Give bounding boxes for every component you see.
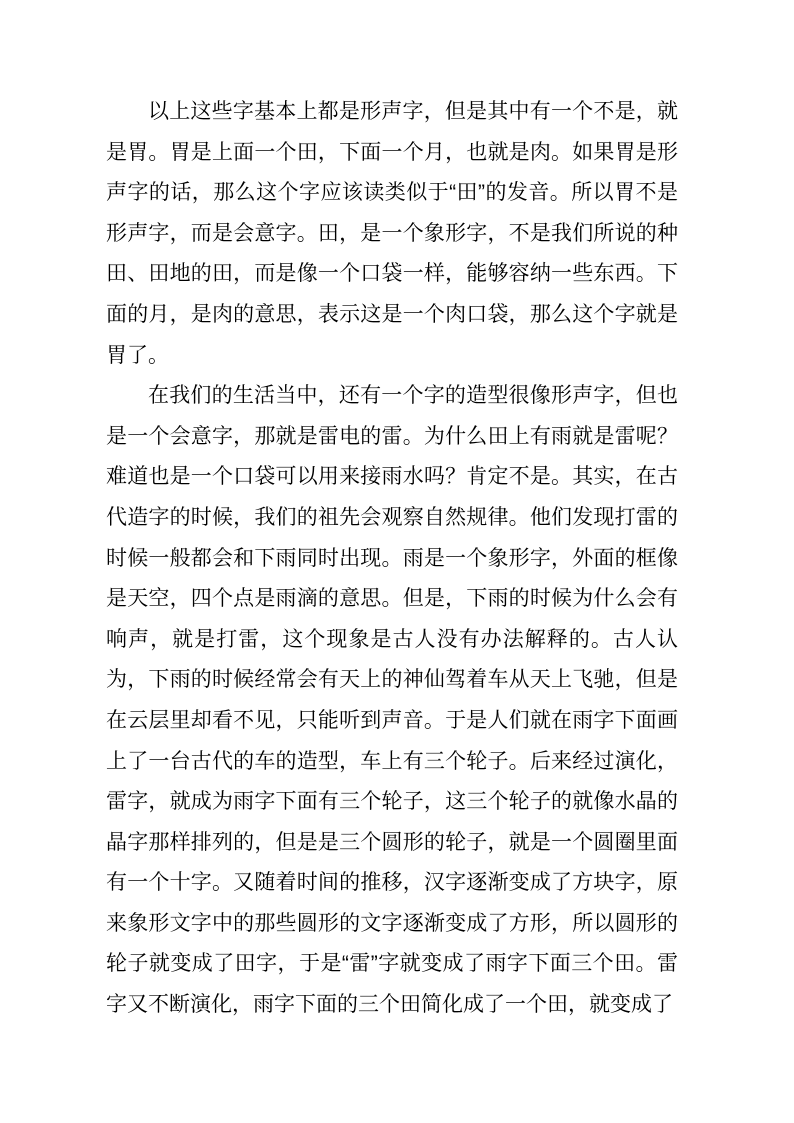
- text-line: 时候一般都会和下雨同时出现。雨是一个象形字，外面的框像: [106, 539, 678, 580]
- text-line: 在云层里却看不见，只能听到声音。于是人们就在雨字下面画: [106, 701, 678, 742]
- document-body: 以上这些字基本上都是形声字，但是其中有一个不是，就 是胃。胃是上面一个田，下面一…: [106, 92, 678, 1026]
- text-line: 来象形文字中的那些圆形的文字逐渐变成了方形，所以圆形的: [106, 904, 678, 945]
- text-line: 响声，就是打雷，这个现象是古人没有办法解释的。古人认: [106, 620, 678, 661]
- text-line: 字又不断演化，雨字下面的三个田简化成了一个田，就变成了: [106, 985, 678, 1026]
- text-line: 为，下雨的时候经常会有天上的神仙驾着车从天上飞驰，但是: [106, 660, 678, 701]
- text-line: 上了一台古代的车的造型，车上有三个轮子。后来经过演化，: [106, 742, 678, 783]
- document-page: 以上这些字基本上都是形声字，但是其中有一个不是，就 是胃。胃是上面一个田，下面一…: [0, 0, 794, 1123]
- text-line: 雷字，就成为雨字下面有三个轮子，这三个轮子的就像水晶的: [106, 782, 678, 823]
- text-line: 有一个十字。又随着时间的推移，汉字逐渐变成了方块字，原: [106, 863, 678, 904]
- text-line: 面的月，是肉的意思，表示这是一个肉口袋，那么这个字就是: [106, 295, 678, 336]
- text-line: 难道也是一个口袋可以用来接雨水吗？肯定不是。其实，在古: [106, 457, 678, 498]
- paragraph-2: 在我们的生活当中，还有一个字的造型很像形声字，但也 是一个会意字，那就是雷电的雷…: [106, 376, 678, 1026]
- text-line: 是胃。胃是上面一个田，下面一个月，也就是肉。如果胃是形: [106, 133, 678, 174]
- text-line: 是一个会意字，那就是雷电的雷。为什么田上有雨就是雷呢？: [106, 417, 678, 458]
- text-line: 以上这些字基本上都是形声字，但是其中有一个不是，就: [106, 92, 678, 133]
- text-line: 田、田地的田，而是像一个口袋一样，能够容纳一些东西。下: [106, 254, 678, 295]
- text-line: 轮子就变成了田字，于是“雷”字就变成了雨字下面三个田。雷: [106, 944, 678, 985]
- text-line: 声字的话，那么这个字应该读类似于“田”的发音。所以胃不是: [106, 173, 678, 214]
- text-line: 是天空，四个点是雨滴的意思。但是，下雨的时候为什么会有: [106, 579, 678, 620]
- paragraph-1: 以上这些字基本上都是形声字，但是其中有一个不是，就 是胃。胃是上面一个田，下面一…: [106, 92, 678, 376]
- text-line: 形声字，而是会意字。田，是一个象形字，不是我们所说的种: [106, 214, 678, 255]
- text-line: 晶字那样排列的，但是是三个圆形的轮子，就是一个圆圈里面: [106, 823, 678, 864]
- text-line: 代造字的时候，我们的祖先会观察自然规律。他们发现打雷的: [106, 498, 678, 539]
- text-line: 在我们的生活当中，还有一个字的造型很像形声字，但也: [106, 376, 678, 417]
- text-line: 胃了。: [106, 336, 678, 377]
